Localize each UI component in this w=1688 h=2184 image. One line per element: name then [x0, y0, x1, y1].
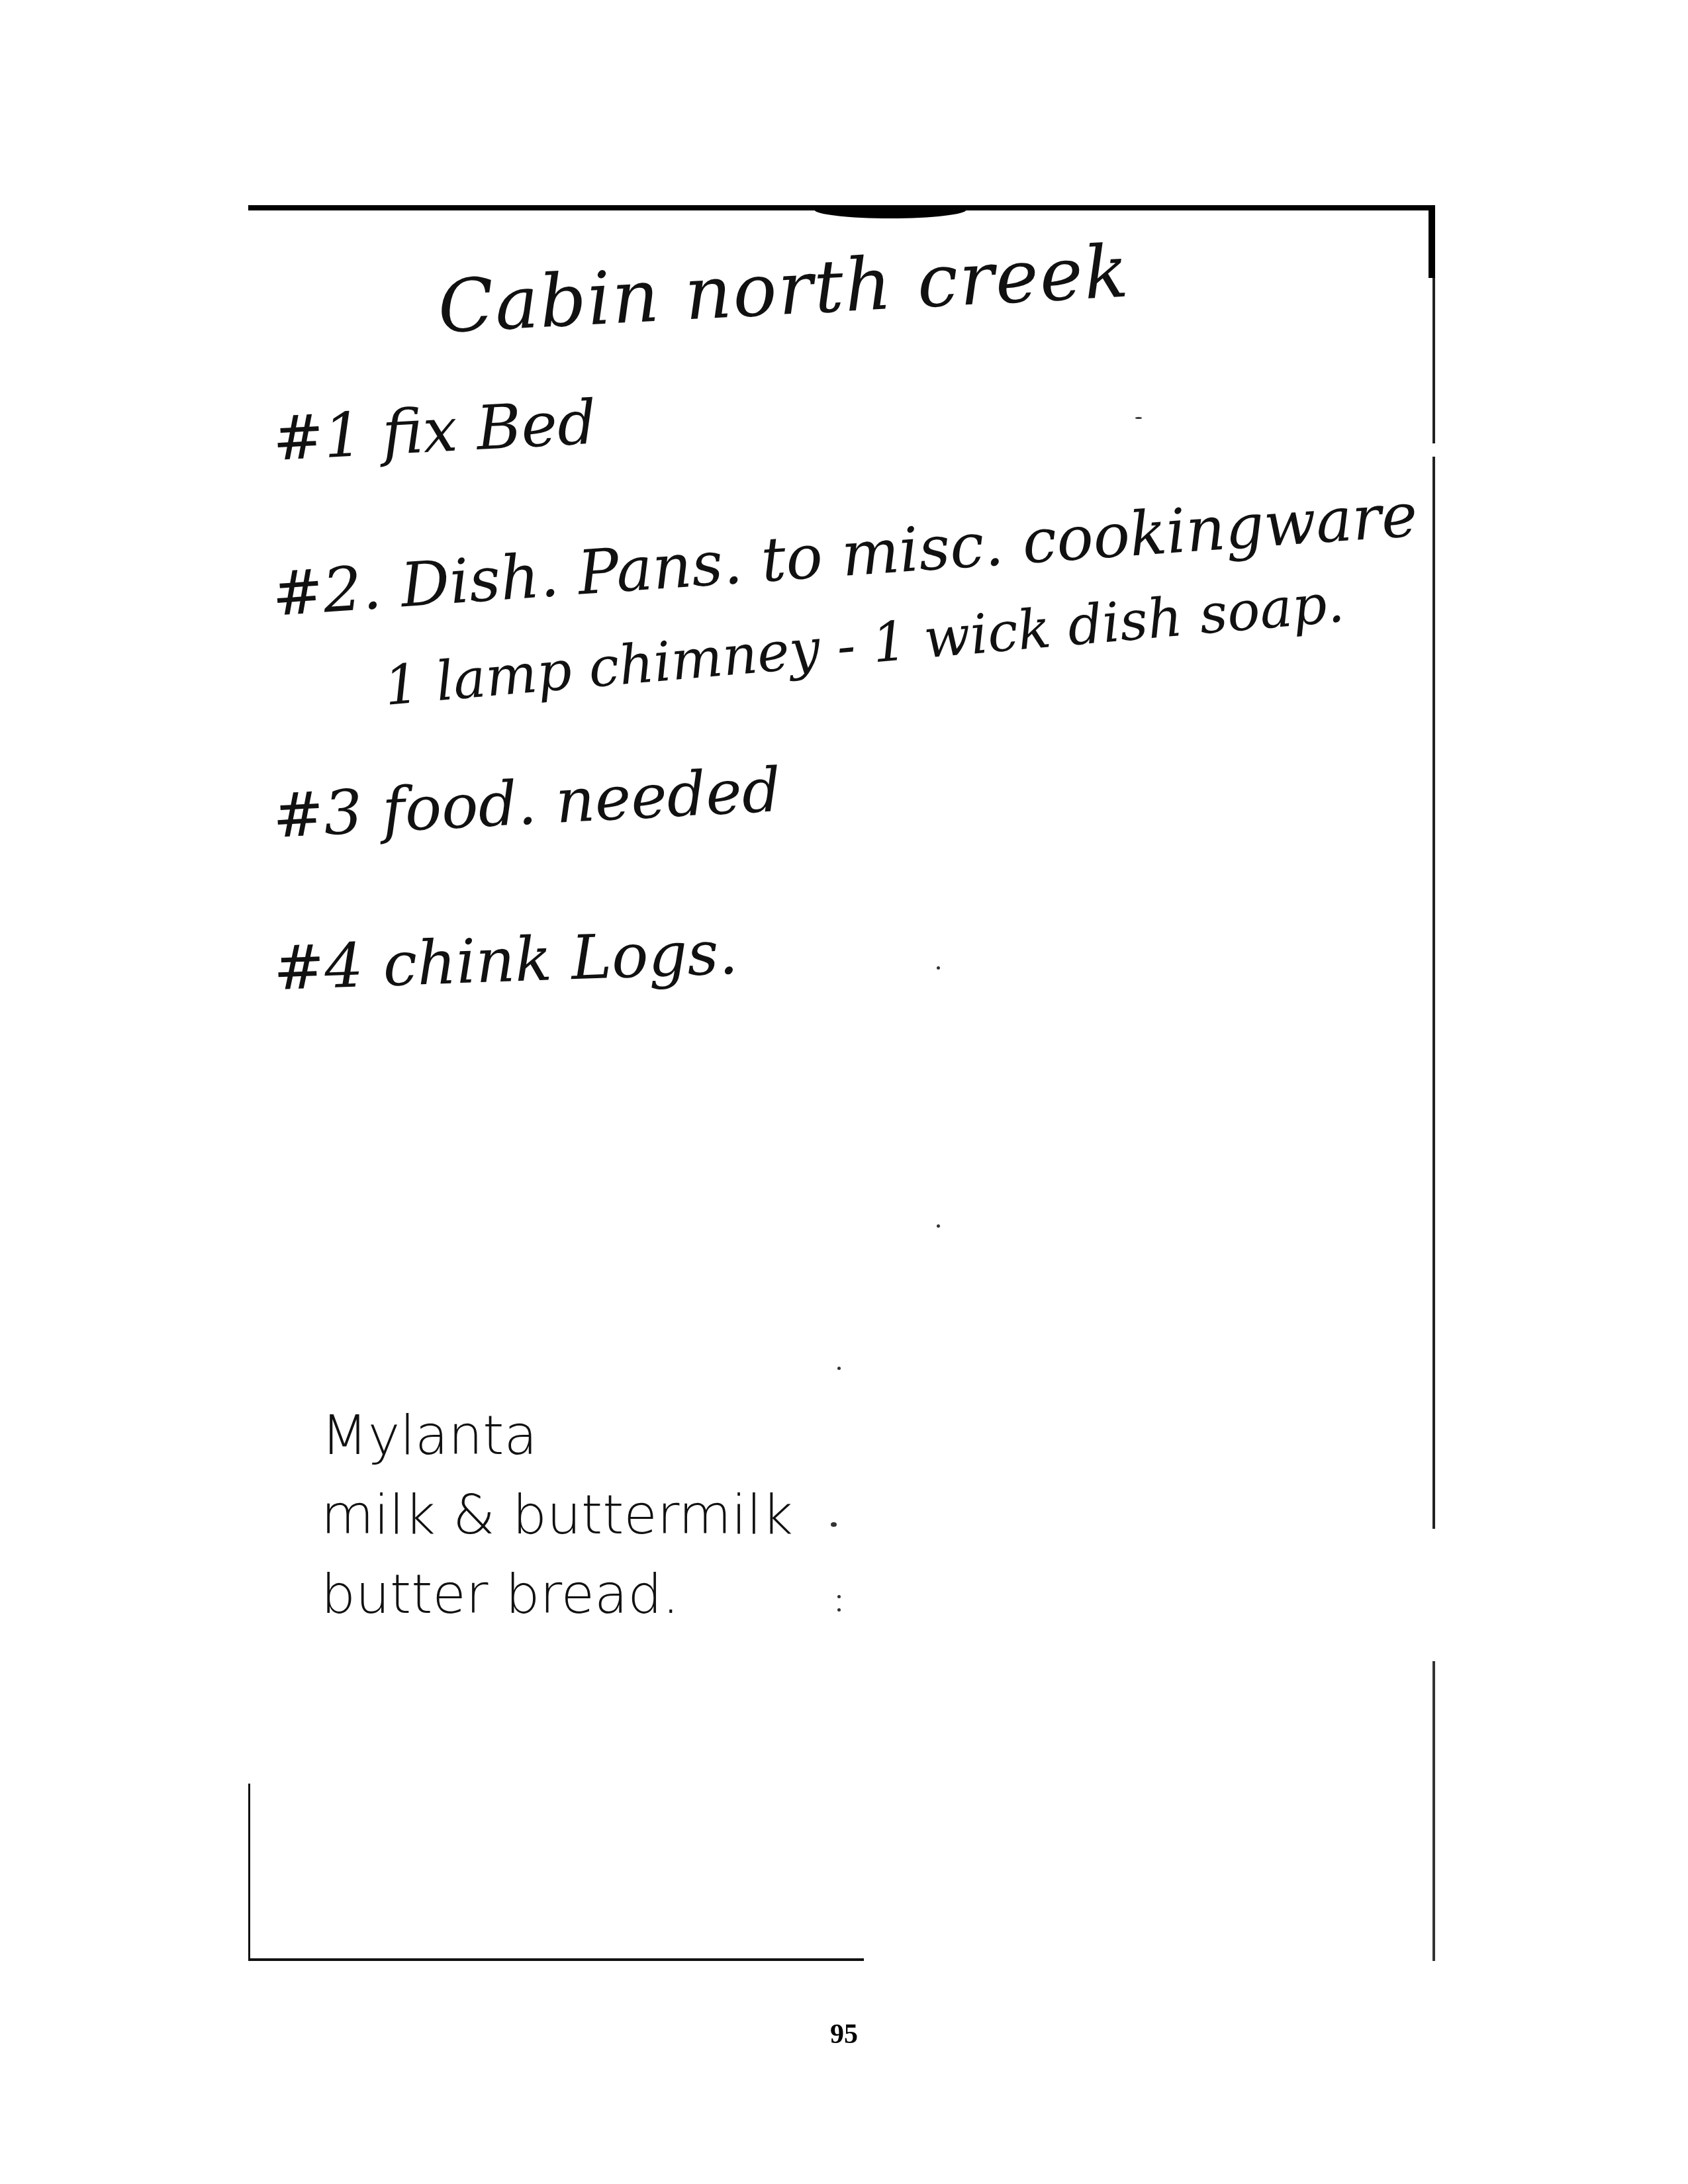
paper-left-edge: [248, 1784, 250, 1961]
scan-speck: [1135, 417, 1142, 419]
item-text: fix Bed: [381, 387, 598, 469]
item-number: #4: [272, 930, 364, 1004]
scanned-note-card: Cabin north creek #1fix Bed #2.Dish. Pan…: [248, 205, 1435, 1961]
todo-item-3: #3food. needed: [271, 754, 782, 852]
scan-speck: [937, 966, 940, 970]
scan-ink-blot: [814, 208, 966, 218]
todo-item-1: #1fix Bed: [271, 387, 598, 475]
item-number: #3: [271, 776, 364, 852]
item-number: #1: [271, 399, 364, 475]
shopping-list-item: butter bread.: [321, 1555, 793, 1635]
scan-speck: [837, 1595, 841, 1598]
scan-speck: [937, 1224, 940, 1228]
scan-speck: [837, 1608, 841, 1612]
item-text: chink Logs.: [382, 917, 739, 1001]
paper-bottom-edge: [248, 1958, 864, 1961]
item-text: food. needed: [381, 754, 782, 846]
shopping-list: Mylanta milk & buttermilk butter bread.: [321, 1396, 793, 1635]
todo-item-4: #4chink Logs.: [272, 917, 739, 1004]
scan-speck: [831, 1522, 837, 1527]
scan-speck: [837, 1367, 841, 1370]
shopping-list-item: Mylanta: [321, 1396, 793, 1476]
note-title: Cabin north creek: [436, 228, 1131, 349]
item-number: #2.: [270, 552, 384, 630]
paper-right-edge: [1432, 205, 1435, 1961]
page-number: 95: [0, 2019, 1688, 2050]
paper-corner-shadow: [1429, 205, 1435, 278]
shopping-list-item: milk & buttermilk: [321, 1476, 793, 1555]
